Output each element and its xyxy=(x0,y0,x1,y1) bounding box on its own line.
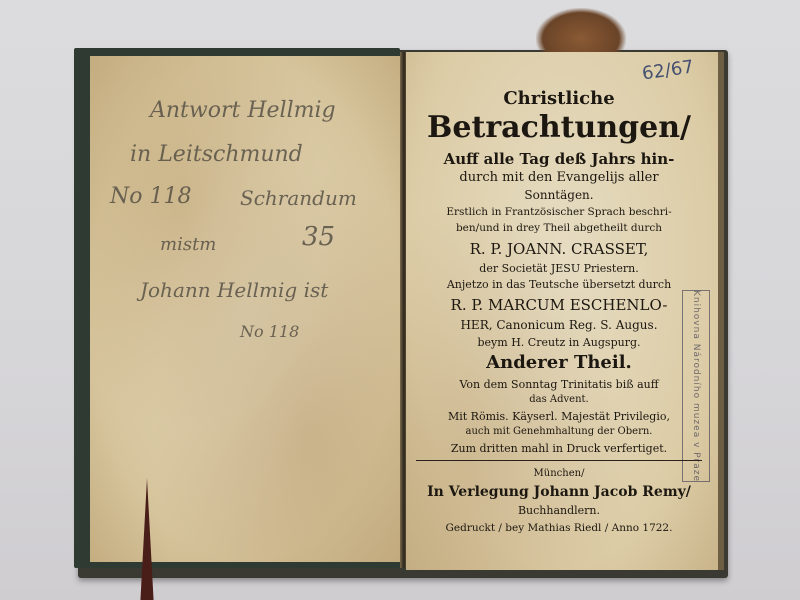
inscription-line: Johann Hellmig ist xyxy=(140,278,328,302)
inscription-line: No 118 xyxy=(240,322,299,341)
title-line: Auff alle Tag deß Jahrs hin- xyxy=(406,150,712,168)
title-line: Christliche xyxy=(406,88,712,109)
main-title: Betrachtungen/ xyxy=(406,110,712,145)
title-line: das Advent. xyxy=(406,394,712,405)
inscription-line: 35 xyxy=(302,222,335,252)
stamp-text: Knihovna Národního muzea v Praze xyxy=(691,290,701,482)
title-line: der Societät JESU Priestern. xyxy=(406,262,712,275)
title-line: auch mit Genehmhaltung der Obern. xyxy=(406,426,712,437)
imprint-line: In Verlegung Johann Jacob Remy/ xyxy=(406,484,712,500)
title-line: Erstlich in Frantzösischer Sprach beschr… xyxy=(406,206,712,218)
inscription-line: in Leitschmund xyxy=(130,142,303,167)
title-line: HER, Canonicum Reg. S. Augus. xyxy=(406,318,712,332)
title-line: ben/und in drey Theil abgetheilt durch xyxy=(406,222,712,234)
author-name: R. P. JOANN. CRASSET, xyxy=(406,240,712,258)
imprint-line: Buchhandlern. xyxy=(406,504,712,517)
divider-rule xyxy=(416,460,702,461)
red-pointer-stick xyxy=(140,478,154,600)
imprint-line: München/ xyxy=(406,468,712,479)
inscription-line: No 118 xyxy=(110,184,191,209)
title-line: Anjetzo in das Teutsche übersetzt durch xyxy=(406,278,712,291)
inscription-line: Schrandum xyxy=(240,186,357,210)
title-line: Zum dritten mahl in Druck verfertiget. xyxy=(406,442,712,455)
title-line: Mit Römis. Käyserl. Majestät Privilegio, xyxy=(406,410,712,423)
torn-paper-fragment xyxy=(536,8,626,52)
library-stamp: Knihovna Národního muzea v Praze xyxy=(682,290,710,482)
title-line: Von dem Sonntag Trinitatis biß auff xyxy=(406,378,712,391)
inscription-line: mistm xyxy=(160,234,216,255)
translator-name: R. P. MARCUM ESCHENLO- xyxy=(406,296,712,314)
open-book: Antwort Hellmig in Leitschmund No 118 Sc… xyxy=(74,40,730,575)
title-line: beym H. Creutz in Augspurg. xyxy=(406,336,712,349)
title-line: Sonntägen. xyxy=(406,188,712,202)
inscription-line: Antwort Hellmig xyxy=(150,98,336,123)
imprint-line: Gedruckt / bey Mathias Riedl / Anno 1722… xyxy=(406,522,712,534)
left-endpaper: Antwort Hellmig in Leitschmund No 118 Sc… xyxy=(90,56,403,562)
volume-title: Anderer Theil. xyxy=(406,352,712,373)
title-line: durch mit den Evangelijs aller xyxy=(406,170,712,185)
